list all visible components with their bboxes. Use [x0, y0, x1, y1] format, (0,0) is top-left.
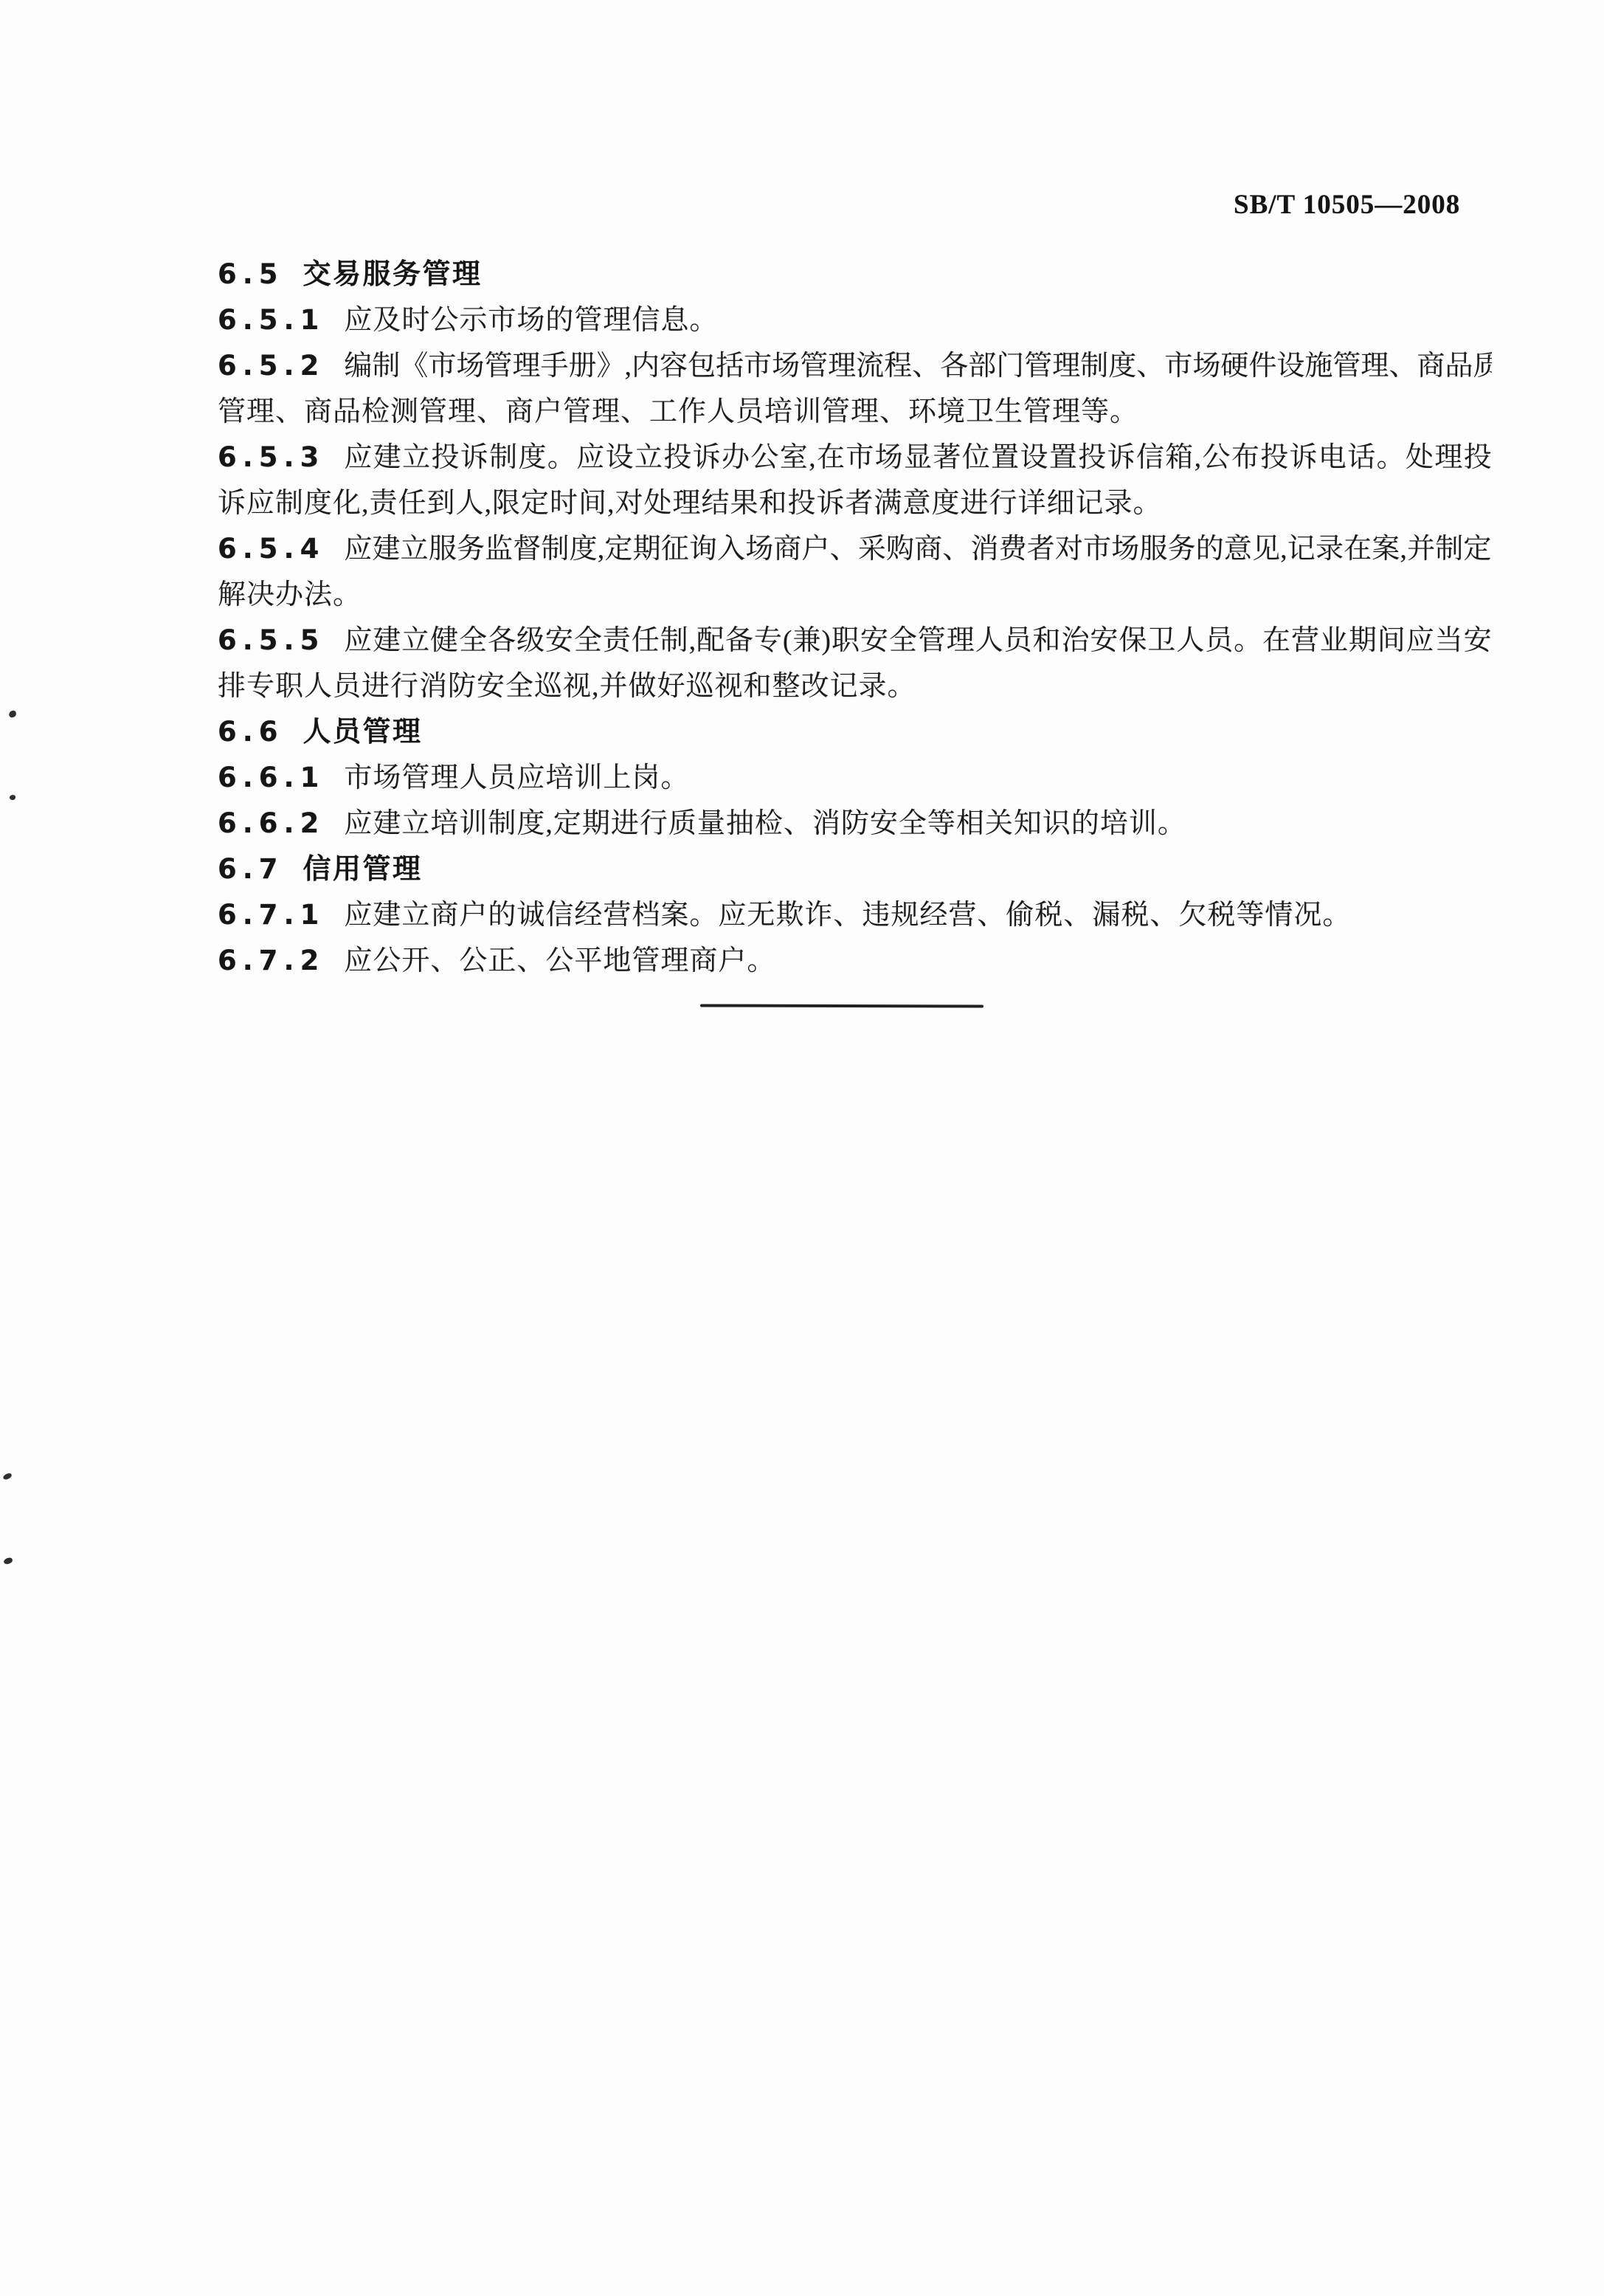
clause-text: 排专职人员进行消防安全巡视,并做好巡视和整改记录。	[218, 671, 916, 702]
clause-line: 6.7.1应建立商户的诚信经营档案。应无欺诈、违规经营、偷税、漏税、欠税等情况。	[218, 892, 1492, 938]
char: 投	[1078, 435, 1106, 480]
char: 治	[1061, 618, 1089, 663]
char: 期	[633, 526, 661, 572]
char: 间	[1377, 618, 1406, 663]
clause-line: 6.6.1市场管理人员应培训上岗。	[218, 755, 1492, 801]
section-heading: 6.5交易服务管理	[218, 252, 1492, 297]
section-heading: 6.7信用管理	[218, 847, 1492, 892]
char: 责	[603, 618, 631, 663]
clause-continuation-line: 诉应制度化,责任到人,限定时间,对处理结果和投诉者满意度进行详细记录。	[218, 480, 1492, 526]
char: 管	[918, 618, 946, 663]
char: 理	[1434, 435, 1462, 480]
char: 建	[373, 526, 401, 572]
char: 度	[1108, 343, 1136, 389]
char: 安	[545, 618, 573, 663]
char: 定	[604, 526, 632, 572]
char: 场	[772, 343, 800, 389]
clause-line: 6.5.5应建立健全各级安全责任制,配备专(兼)职安全管理人员和治安保卫人员。在…	[218, 618, 1492, 663]
char: 置	[1049, 435, 1077, 480]
char: 在	[1262, 618, 1290, 663]
char: 》	[597, 343, 625, 389]
char: 理	[828, 343, 856, 389]
char: 征	[661, 526, 689, 572]
end-of-text-divider	[700, 1004, 984, 1007]
clause-text: 编制《市场管理手册》,内容包括市场管理流程、各部门管理制度、市场硬件设施管理、商…	[344, 343, 1492, 389]
char: 。	[547, 435, 575, 480]
char: 质	[1473, 343, 1492, 389]
char: 置	[991, 435, 1019, 480]
char: 诉	[693, 435, 721, 480]
char: 诉	[460, 435, 488, 480]
char: 设	[1276, 343, 1304, 389]
clause-text: 应建立服务监督制度,定期征询入场商户、采购商、消费者对市场服务的意见,记录在案,…	[344, 526, 1492, 572]
char: 市	[1083, 526, 1111, 572]
char: 门	[996, 343, 1024, 389]
char: 包	[688, 343, 716, 389]
char: 度	[519, 435, 547, 480]
clause-text: 市场管理人员应培训上岗。	[344, 762, 689, 793]
char: 商	[914, 526, 942, 572]
char: 著	[933, 435, 961, 480]
char: 业	[1320, 618, 1348, 663]
clause-text: 应建立培训制度,定期进行质量抽检、消防安全等相关知识的培训。	[344, 808, 1186, 839]
char: 和	[1033, 618, 1061, 663]
clause-number: 6.5.1	[218, 297, 325, 343]
char: 费	[999, 526, 1027, 572]
clause-text: 交易服务管理	[303, 259, 483, 290]
clause-text: 诉应制度化,责任到人,限定时间,对处理结果和投诉者满意度进行详细记录。	[218, 488, 1162, 519]
char: 配	[696, 618, 725, 663]
char: 应	[344, 618, 372, 663]
clause-text: 解决办法。	[218, 579, 362, 610]
char: 手	[540, 343, 568, 389]
char: 商	[773, 526, 801, 572]
char: 兼	[792, 618, 820, 663]
char: 专	[754, 618, 782, 663]
char: 场	[875, 435, 903, 480]
clause-number: 6.7.1	[218, 892, 325, 938]
char: 督	[513, 526, 541, 572]
char: 对	[1055, 526, 1083, 572]
char: 制	[372, 343, 400, 389]
char: 级	[516, 618, 545, 663]
clause-continuation-line: 管理、商品检测管理、商户管理、工作人员培训管理、环境卫生管理等。	[218, 389, 1492, 435]
char: 务	[1168, 526, 1196, 572]
char: 管	[1024, 343, 1052, 389]
document-page: SB/T 10505—2008 6.5交易服务管理6.5.1应及时公示市场的管理…	[0, 0, 1604, 2296]
char: 设	[606, 435, 634, 480]
char: 制	[660, 618, 688, 663]
char: 处	[1406, 435, 1434, 480]
char: 册	[568, 343, 596, 389]
char: 全	[459, 618, 487, 663]
char: ,	[1195, 435, 1202, 480]
char: 编	[344, 343, 372, 389]
char: 、	[942, 526, 970, 572]
char: 安	[1090, 618, 1118, 663]
char: 立	[401, 526, 429, 572]
clause-number: 6.7.2	[218, 938, 325, 984]
clause-text: 应建立投诉制度。应设立投诉办公室,在市场显著位置设置投诉信箱,公布投诉电话。处理…	[344, 435, 1492, 480]
char: 立	[401, 618, 429, 663]
char: 投	[1464, 435, 1492, 480]
char: 服	[429, 526, 457, 572]
char: 消	[970, 526, 998, 572]
char: 监	[485, 526, 513, 572]
char: 流	[856, 343, 884, 389]
clause-number: 6.5.3	[218, 435, 325, 480]
clause-line: 6.5.2编制《市场管理手册》,内容包括市场管理流程、各部门管理制度、市场硬件设…	[218, 343, 1492, 389]
char: 者	[1027, 526, 1055, 572]
clause-number: 6.7	[218, 847, 284, 892]
char: 各	[488, 618, 516, 663]
char: 当	[1435, 618, 1463, 663]
char: 员	[1205, 618, 1233, 663]
clause-number: 6.5.5	[218, 618, 325, 663]
char: 部	[968, 343, 996, 389]
char: 记	[1287, 526, 1316, 572]
char: 任	[632, 618, 660, 663]
char: 应	[344, 435, 372, 480]
char: 建	[373, 618, 401, 663]
char: 程	[884, 343, 912, 389]
char: ,	[1400, 526, 1407, 572]
char: ,	[598, 526, 605, 572]
clause-line: 6.6.2应建立培训制度,定期进行质量抽检、消防安全等相关知识的培训。	[218, 801, 1492, 847]
char: 市	[428, 343, 456, 389]
char: 理	[947, 618, 975, 663]
char: 市	[846, 435, 874, 480]
clause-text: 管理、商品检测管理、商户管理、工作人员培训管理、环境卫生管理等。	[218, 396, 1138, 427]
char: 并	[1407, 526, 1435, 572]
char: 员	[1004, 618, 1032, 663]
standard-number-header: SB/T 10505—2008	[1234, 189, 1460, 221]
char: 硬	[1220, 343, 1248, 389]
section-heading: 6.6人员管理	[218, 709, 1492, 755]
char: ,	[625, 343, 632, 389]
char: 话	[1347, 435, 1375, 480]
char: 、	[830, 526, 858, 572]
char: 立	[402, 435, 430, 480]
char: 品	[1445, 343, 1473, 389]
char: ,	[809, 435, 816, 480]
char: 场	[1192, 343, 1220, 389]
clause-number: 6.6.1	[218, 755, 325, 801]
char: 应	[344, 526, 372, 572]
char: 市	[744, 343, 772, 389]
char: 制	[1435, 526, 1463, 572]
char: 公	[1202, 435, 1230, 480]
char: 投	[1260, 435, 1288, 480]
char: 箱	[1165, 435, 1193, 480]
char: 办	[722, 435, 750, 480]
char: 信	[1136, 435, 1164, 480]
char: 投	[663, 435, 691, 480]
clause-number: 6.6	[218, 709, 284, 755]
scan-speck	[2, 1472, 13, 1480]
char: 案	[1372, 526, 1400, 572]
char: 诉	[1107, 435, 1135, 480]
clause-number: 6.5.4	[218, 526, 325, 572]
char: 录	[1316, 526, 1344, 572]
clause-line: 6.5.4应建立服务监督制度,定期征询入场商户、采购商、消费者对市场服务的意见,…	[218, 526, 1492, 572]
clause-line: 6.5.1应及时公示市场的管理信息。	[218, 297, 1492, 343]
char: 人	[1176, 618, 1204, 663]
char: 营	[1291, 618, 1319, 663]
char: )	[821, 618, 831, 663]
clause-number: 6.5.2	[218, 343, 325, 389]
char: 投	[431, 435, 459, 480]
char: 询	[689, 526, 717, 572]
char: 在	[1344, 526, 1372, 572]
char: 显	[904, 435, 932, 480]
char: 设	[1020, 435, 1048, 480]
char: 。	[1377, 435, 1405, 480]
char: 度	[570, 526, 598, 572]
char: 制	[541, 526, 569, 572]
char: 意	[1224, 526, 1252, 572]
char: 卫	[1147, 618, 1175, 663]
char: 制	[1080, 343, 1108, 389]
char: 应	[1406, 618, 1434, 663]
char: 职	[832, 618, 860, 663]
char: 采	[858, 526, 886, 572]
char: 建	[373, 435, 401, 480]
clause-text: 应建立商户的诚信经营档案。应无欺诈、违规经营、偷税、漏税、欠税等情况。	[344, 900, 1351, 931]
clause-continuation-line: 解决办法。	[218, 572, 1492, 618]
clause-line: 6.5.3应建立投诉制度。应设立投诉办公室,在市场显著位置设置投诉信箱,公布投诉…	[218, 435, 1492, 480]
char: 容	[660, 343, 688, 389]
char: 定	[1463, 526, 1491, 572]
char: 各	[940, 343, 968, 389]
char: 、	[1136, 343, 1164, 389]
char: 应	[576, 435, 604, 480]
char: (	[783, 618, 792, 663]
char: 场	[1111, 526, 1139, 572]
char: ,	[689, 618, 696, 663]
char: 健	[430, 618, 458, 663]
char: 场	[456, 343, 484, 389]
char: 市	[1164, 343, 1192, 389]
char: 、	[1389, 343, 1417, 389]
char: 内	[632, 343, 660, 389]
char: 公	[750, 435, 778, 480]
clause-text: 应及时公示市场的管理信息。	[344, 305, 718, 336]
char: 诉	[1290, 435, 1318, 480]
char: 室	[780, 435, 808, 480]
char: 见	[1252, 526, 1280, 572]
char: 件	[1248, 343, 1276, 389]
char: 括	[716, 343, 744, 389]
clause-text: 信用管理	[303, 854, 423, 885]
scan-speck	[3, 1557, 13, 1565]
document-body: 6.5交易服务管理6.5.1应及时公示市场的管理信息。6.5.2编制《市场管理手…	[218, 252, 1492, 984]
clause-text: 人员管理	[303, 717, 423, 748]
char: 电	[1318, 435, 1347, 480]
char: 理	[1052, 343, 1080, 389]
scan-speck	[9, 794, 15, 800]
char: 立	[635, 435, 663, 480]
char: 布	[1231, 435, 1259, 480]
clause-continuation-line: 排专职人员进行消防安全巡视,并做好巡视和整改记录。	[218, 663, 1492, 709]
char: 。	[1234, 618, 1262, 663]
char: 施	[1304, 343, 1332, 389]
char: 全	[889, 618, 917, 663]
char: 在	[817, 435, 845, 480]
char: 服	[1139, 526, 1167, 572]
clause-number: 6.5	[218, 252, 284, 297]
clause-text: 应建立健全各级安全责任制,配备专(兼)职安全管理人员和治安保卫人员。在营业期间应…	[344, 618, 1492, 663]
char: 位	[962, 435, 990, 480]
char: 《	[400, 343, 428, 389]
char: 管	[484, 343, 512, 389]
char: 安	[860, 618, 888, 663]
char: 入	[717, 526, 745, 572]
char: ,	[1280, 526, 1287, 572]
char: 期	[1349, 618, 1377, 663]
char: 人	[975, 618, 1003, 663]
char: 管	[800, 343, 828, 389]
char: 备	[725, 618, 753, 663]
char: 理	[1361, 343, 1389, 389]
char: 全	[574, 618, 602, 663]
char: 商	[1417, 343, 1445, 389]
char: 购	[886, 526, 914, 572]
clause-line: 6.7.2应公开、公正、公平地管理商户。	[218, 938, 1492, 984]
char: 务	[457, 526, 485, 572]
clause-text: 应公开、公正、公平地管理商户。	[344, 945, 775, 976]
char: 安	[1464, 618, 1492, 663]
char: 保	[1119, 618, 1147, 663]
char: 理	[512, 343, 540, 389]
scan-speck	[8, 710, 17, 718]
char: 、	[912, 343, 940, 389]
char: 户	[802, 526, 830, 572]
char: 管	[1332, 343, 1361, 389]
char: 制	[489, 435, 517, 480]
char: 的	[1196, 526, 1224, 572]
char: 场	[745, 526, 773, 572]
clause-number: 6.6.2	[218, 801, 325, 847]
